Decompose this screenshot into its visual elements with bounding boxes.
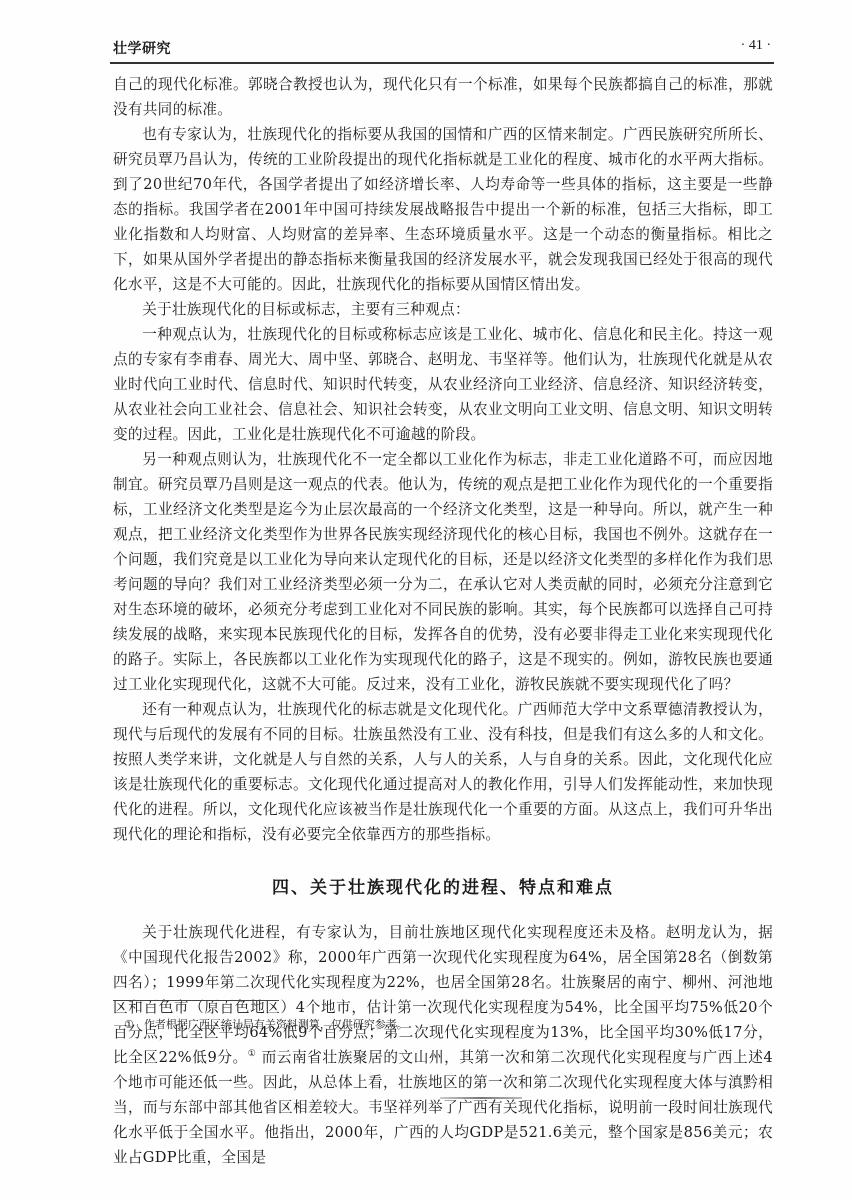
paragraph-process: 关于壮族现代化进程，有专家认为，目前壮族地区现代化实现程度还未及格。赵明龙认为，… [113, 920, 773, 1170]
footnote-text: 作者根据广西区统计局有关资料测算，仅供研究参考。 [144, 1018, 408, 1031]
paragraph-three-views-intro: 关于壮族现代化的目标或标志，主要有三种观点： [113, 297, 773, 322]
article-body: 自己的现代化标准。郭晓合教授也认为，现代化只有一个标准，如果每个民族都搞自己的标… [113, 72, 773, 1170]
paragraph-continuation: 自己的现代化标准。郭晓合教授也认为，现代化只有一个标准，如果每个民族都搞自己的标… [113, 72, 773, 122]
journal-name: 壮学研究 [113, 38, 171, 58]
running-header: 壮学研究 · 41 · [113, 38, 771, 62]
page-number: · 41 · [741, 38, 771, 54]
header-rule [110, 62, 774, 64]
footnote-rule [113, 1000, 279, 1001]
scan-artifact-line [440, 1097, 522, 1099]
paragraph-indicators: 也有专家认为，壮族现代化的指标要从我国的国情和广西的区情来制定。广西民族研究所所… [113, 122, 773, 297]
paragraph-process-text-a: 关于壮族现代化进程，有专家认为，目前壮族地区现代化实现程度还未及格。赵明龙认为，… [113, 924, 773, 1066]
footnote-mark: ① [124, 1018, 134, 1031]
paragraph-view-three: 还有一种观点认为，壮族现代化的标志就是文化现代化。广西师范大学中文系覃德清教授认… [113, 697, 773, 847]
paragraph-process-text-b: 而云南省壮族聚居的文山州，其第一次和第二次现代化实现程度与广西上述4个地市可能还… [113, 1049, 773, 1166]
section-heading: 四、关于壮族现代化的进程、特点和难点 [113, 873, 773, 898]
paragraph-view-one: 一种观点认为，壮族现代化的目标或称标志应该是工业化、城市化、信息化和民主化。持这… [113, 322, 773, 447]
paragraph-view-two: 另一种观点则认为，壮族现代化不一定全都以工业化作为标志，非走工业化道路不可，而应… [113, 447, 773, 697]
footnote: ①作者根据广西区统计局有关资料测算，仅供研究参考。 [124, 1016, 408, 1032]
